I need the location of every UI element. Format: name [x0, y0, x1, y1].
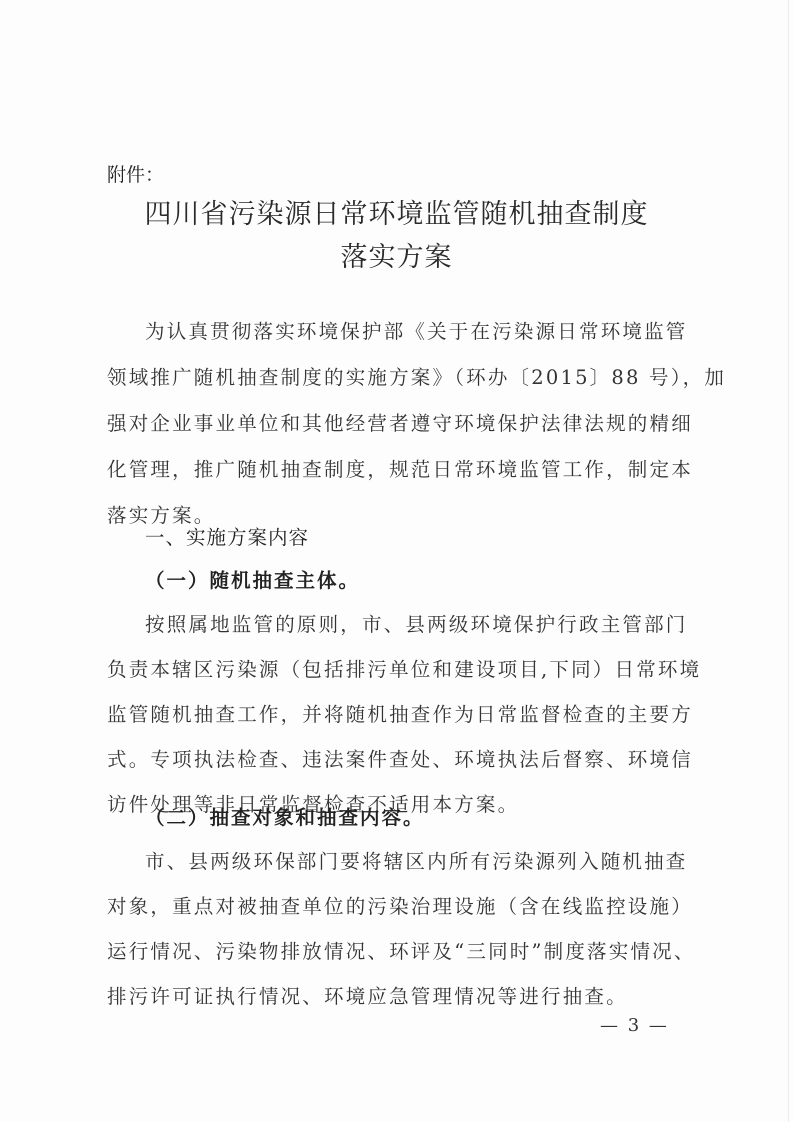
body-line: 运行情况、污染物排放情况、环评及“三同时”制度落实情况、: [107, 936, 697, 964]
attachment-label: 附件：: [107, 160, 164, 187]
body-line: 对象，重点对被抽查单位的污染治理设施（含在线监控设施）: [107, 891, 697, 919]
subsection-heading: （一）随机抽查主体。: [145, 565, 735, 593]
section-heading: 一、实施方案内容: [145, 522, 735, 550]
body-line: 排污许可证执行情况、环境应急管理情况等进行抽查。: [107, 981, 697, 1009]
body-line: 按照属地监管的原则，市、县两级环境保护行政主管部门: [145, 609, 735, 637]
subsection-heading: （二）抽查对象和抽查内容。: [145, 802, 735, 830]
intro-line: 强对企业事业单位和其他经营者遵守环境保护法律法规的精细: [107, 408, 697, 436]
document-page: 附件： 四川省污染源日常环境监管随机抽查制度 落实方案 为认真贯彻落实环境保护部…: [0, 0, 793, 1122]
page-edge: [788, 0, 789, 1122]
intro-line: 化管理，推广随机抽查制度，规范日常环境监管工作，制定本: [107, 454, 697, 482]
body-line: 市、县两级环保部门要将辖区内所有污染源列入随机抽查: [145, 846, 735, 874]
body-line: 监管随机抽查工作，并将随机抽查作为日常监督检查的主要方: [107, 699, 697, 727]
document-title-line-1: 四川省污染源日常环境监管随机抽查制度: [0, 192, 793, 231]
intro-line: 为认真贯彻落实环境保护部《关于在污染源日常环境监管: [145, 316, 735, 344]
document-title-line-2: 落实方案: [0, 235, 793, 274]
page-number: — 3 —: [600, 1015, 669, 1036]
intro-line: 领域推广随机抽查制度的实施方案》（环办〔2015〕88 号），加: [107, 362, 697, 390]
body-line: 式。专项执法检查、违法案件查处、环境执法后督察、环境信: [107, 744, 697, 772]
body-line: 负责本辖区污染源（包括排污单位和建设项目,下同）日常环境: [107, 654, 697, 682]
